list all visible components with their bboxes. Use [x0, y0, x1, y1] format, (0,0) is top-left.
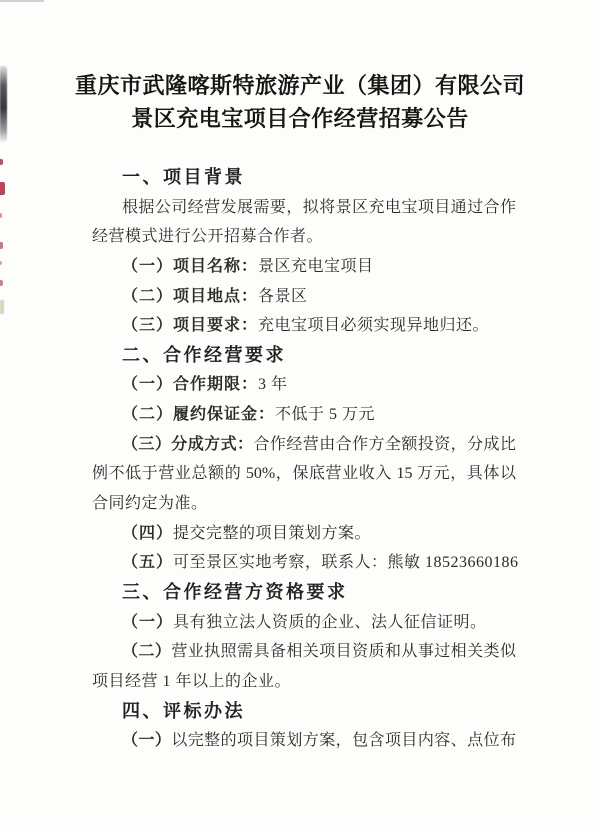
scan-red-mark: [0, 242, 3, 249]
text-segment-label: （二）履约保证金：: [122, 406, 275, 423]
scan-red-mark: [0, 159, 3, 165]
doc-line: （一）项目名称：景区充电宝项目: [92, 252, 516, 282]
doc-line: （五）可至景区实地考察，联系人：熊敏 18523660186: [92, 548, 516, 578]
doc-line: （三）分成方式：合作经营由合作方全额投资，分成比: [92, 430, 516, 460]
document-title-line1: 重庆市武隆喀斯特旅游产业（集团）有限公司: [0, 69, 600, 102]
text-segment-body: 景区充电宝项目: [258, 258, 374, 275]
text-segment-body: 可至景区实地考察，联系人：熊敏 18523660186: [173, 554, 519, 571]
text-segment-body: 充电宝项目必须实现异地归还。: [258, 317, 489, 334]
text-segment-label: （一）: [122, 614, 173, 631]
doc-line: （一）以完整的项目策划方案，包含项目内容、点位布: [92, 726, 516, 756]
text-segment-body: 以完整的项目策划方案，包含项目内容、点位布: [171, 732, 516, 749]
text-segment-body: 例不低于营业总额的 50%，保底营业收入 15 万元，具体以: [92, 465, 516, 482]
scan-green-mark: [0, 300, 4, 314]
text-segment-label: （四）: [122, 525, 173, 542]
text-segment-body: 提交完整的项目策划方案。: [173, 525, 371, 542]
doc-line: （一）合作期限：3 年: [92, 370, 516, 400]
doc-line: （三）项目要求：充电宝项目必须实现异地归还。: [92, 311, 516, 341]
doc-line: （二）项目地点：各景区: [92, 282, 516, 312]
text-segment-body: 3 年: [258, 376, 288, 393]
text-segment-body: 具有独立法人资质的企业、法人征信证明。: [173, 614, 487, 631]
text-segment-body: 根据公司经营发展需要，拟将景区充电宝项目通过合作: [122, 199, 516, 216]
text-segment-label: （一）合作期限：: [122, 376, 258, 393]
doc-line: 例不低于营业总额的 50%，保底营业收入 15 万元，具体以: [92, 459, 516, 489]
scan-red-mark: [0, 280, 3, 286]
text-segment-heading: 四、评标办法: [122, 701, 245, 721]
scan-red-mark: [0, 261, 2, 265]
doc-line: （二）履约保证金：不低于 5 万元: [92, 400, 516, 430]
scan-edge-line: [0, 0, 44, 2]
text-segment-label: （二）项目地点：: [122, 288, 258, 305]
doc-line: 二、合作经营要求: [92, 341, 516, 371]
doc-line: 经营模式进行公开招募合作者。: [92, 222, 516, 252]
scan-red-mark: [0, 213, 2, 218]
text-segment-label: （一）: [122, 732, 171, 749]
doc-line: 合同约定为准。: [92, 489, 516, 519]
text-segment-label: （一）项目名称：: [122, 258, 258, 275]
text-segment-heading: 三、合作经营方资格要求: [122, 582, 348, 602]
text-segment-body: 营业执照需具备相关项目资质和从事过相关类似: [171, 643, 516, 660]
text-segment-body: 经营模式进行公开招募合作者。: [92, 228, 323, 245]
text-segment-label: （五）: [122, 554, 173, 571]
scan-red-mark: [0, 182, 5, 195]
doc-line: （四）提交完整的项目策划方案。: [92, 519, 516, 549]
doc-line: 项目经营 1 年以上的企业。: [92, 667, 516, 697]
doc-line: 三、合作经营方资格要求: [92, 578, 516, 608]
doc-line: （二）营业执照需具备相关项目资质和从事过相关类似: [92, 637, 516, 667]
text-segment-body: 项目经营 1 年以上的企业。: [92, 673, 291, 690]
doc-line: 四、评标办法: [92, 697, 516, 727]
doc-line: （一）具有独立法人资质的企业、法人征信证明。: [92, 608, 516, 638]
document-body: 一、项目背景根据公司经营发展需要，拟将景区充电宝项目通过合作经营模式进行公开招募…: [92, 163, 516, 756]
document-title: 重庆市武隆喀斯特旅游产业（集团）有限公司 景区充电宝项目合作经营招募公告: [0, 69, 600, 135]
doc-line: 一、项目背景: [92, 163, 516, 193]
document-title-line2: 景区充电宝项目合作经营招募公告: [0, 102, 600, 135]
text-segment-label: （二）: [122, 643, 171, 660]
text-segment-heading: 二、合作经营要求: [122, 345, 286, 365]
text-segment-body: 合作经营由合作方全额投资，分成比: [253, 436, 516, 453]
doc-line: 根据公司经营发展需要，拟将景区充电宝项目通过合作: [92, 193, 516, 223]
text-segment-heading: 一、项目背景: [122, 167, 245, 187]
text-segment-label: （三）分成方式：: [122, 436, 253, 453]
text-segment-body: 不低于 5 万元: [275, 406, 375, 423]
text-segment-body: 各景区: [258, 288, 308, 305]
text-segment-body: 合同约定为准。: [92, 495, 208, 512]
text-segment-label: （三）项目要求：: [122, 317, 258, 334]
scanned-document-page: 重庆市武隆喀斯特旅游产业（集团）有限公司 景区充电宝项目合作经营招募公告 一、项…: [0, 0, 600, 831]
